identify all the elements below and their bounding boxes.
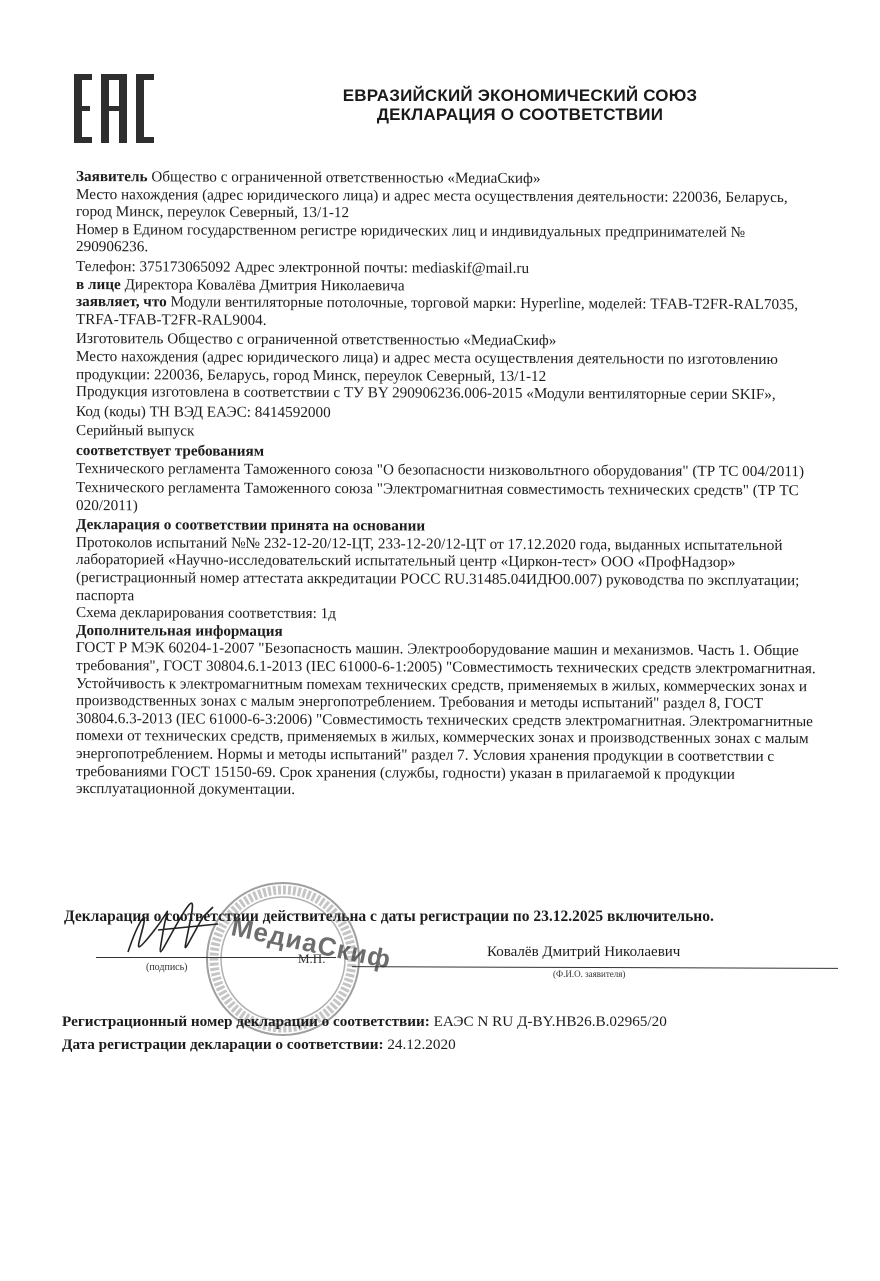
product-description: Модули вентиляторные потолочные, торгово… bbox=[76, 294, 798, 329]
manufacturer-address: Место нахождения (адрес юридического лиц… bbox=[76, 348, 816, 386]
declaration-body: Заявитель Общество с ограниченной ответс… bbox=[76, 168, 816, 801]
applicant-registry: Номер в Едином государственном регистре … bbox=[76, 221, 816, 259]
tn-ved-code: Код (коды) ТН ВЭД ЕАЭС: 8414592000 bbox=[76, 403, 816, 424]
registration-number-value: ЕАЭС N RU Д-BY.НВ26.В.02965/20 bbox=[434, 1013, 667, 1030]
registration-block: Регистрационный номер декларации о соотв… bbox=[62, 1010, 822, 1056]
seal-place-caption: М.П. bbox=[298, 951, 325, 967]
applicant-address: Место нахождения (адрес юридического лиц… bbox=[76, 186, 816, 224]
registration-number-line: Регистрационный номер декларации о соотв… bbox=[62, 1010, 822, 1033]
basis-text: Протоколов испытаний №№ 232-12-20/12-ЦТ,… bbox=[76, 534, 816, 608]
declares-line: заявляет, что Модули вентиляторные потол… bbox=[76, 293, 816, 331]
registration-number-label: Регистрационный номер декларации о соотв… bbox=[62, 1013, 430, 1030]
applicant-name: Общество с ограниченной ответственностью… bbox=[151, 168, 540, 187]
signer-name: Ковалёв Дмитрий Николаевич bbox=[487, 944, 680, 961]
handwritten-signature-icon bbox=[118, 902, 228, 962]
manufacturer-spec: Продукция изготовлена в соответствии с Т… bbox=[76, 383, 816, 404]
applicant-label: Заявитель bbox=[76, 168, 148, 185]
union-title: ЕВРАЗИЙСКИЙ ЭКОНОМИЧЕСКИЙ СОЮЗ bbox=[290, 86, 750, 105]
requirement-item: Технического регламента Таможенного союз… bbox=[76, 479, 816, 517]
registration-date-line: Дата регистрации декларации о соответств… bbox=[62, 1033, 822, 1056]
eac-mark-icon bbox=[74, 74, 154, 144]
declares-label: заявляет, что bbox=[76, 293, 167, 310]
signer-caption: (Ф.И.О. заявителя) bbox=[553, 969, 625, 979]
registration-date-label: Дата регистрации декларации о соответств… bbox=[62, 1036, 384, 1053]
release-type: Серийный выпуск bbox=[76, 422, 816, 443]
represented-label: в лице bbox=[76, 276, 121, 293]
document-header: ЕВРАЗИЙСКИЙ ЭКОНОМИЧЕСКИЙ СОЮЗ ДЕКЛАРАЦИ… bbox=[290, 86, 750, 124]
additional-info-text: ГОСТ Р МЭК 60204-1-2007 "Безопасность ма… bbox=[76, 639, 816, 801]
represented-by: Директора Ковалёва Дмитрия Николаевича bbox=[125, 276, 405, 294]
document-title: ДЕКЛАРАЦИЯ О СООТВЕТСТВИИ bbox=[290, 105, 750, 124]
requirement-item: Технического регламента Таможенного союз… bbox=[76, 460, 816, 481]
signature-caption: (подпись) bbox=[146, 962, 188, 973]
registration-date-value: 24.12.2020 bbox=[387, 1036, 455, 1053]
